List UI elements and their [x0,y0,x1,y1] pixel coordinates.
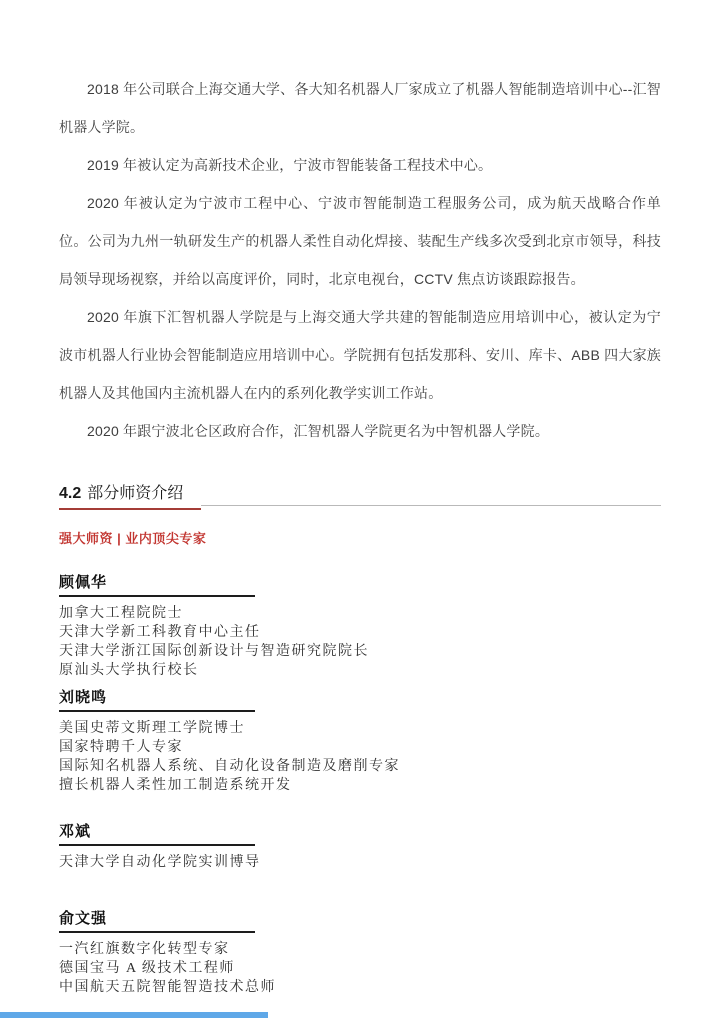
faculty-block: 俞文强 一汽红旗数字化转型专家 德国宝马 A 级技术工程师 中国航天五院智能智造… [59,907,661,997]
section-title: 部分师资介绍 [87,485,183,502]
company-history-section: 2018 年公司联合上海交通大学、各大知名机器人厂家成立了机器人智能制造培训中心… [59,0,661,450]
faculty-name-underline: 俞文强 [59,907,255,933]
faculty-credentials: 天津大学自动化学院实训博导 [59,853,661,872]
document-page: 2018 年公司联合上海交通大学、各大知名机器人厂家成立了机器人智能制造培训中心… [0,0,720,1018]
faculty-name-underline: 刘晓鸣 [59,686,255,712]
faculty-name-underline: 邓斌 [59,820,255,846]
history-paragraph-2020-rename: 2020 年跟宁波北仑区政府合作，汇智机器人学院更名为中智机器人学院。 [59,412,661,450]
credential-item: 中国航天五院智能智造技术总师 [59,978,661,997]
faculty-block: 刘晓鸣 美国史蒂文斯理工学院博士 国家特聘千人专家 国际知名机器人系统、自动化设… [59,686,661,795]
faculty-name: 刘晓鸣 [59,689,107,706]
section-heading-4-2: 4.2部分师资介绍 [59,484,661,510]
faculty-block: 邓斌 天津大学自动化学院实训博导 [59,820,661,872]
heading-rule-line [201,505,661,506]
history-paragraph-2018: 2018 年公司联合上海交通大学、各大知名机器人厂家成立了机器人智能制造培训中心… [59,70,661,146]
history-paragraph-2020-center: 2020 年被认定为宁波市工程中心、宁波市智能制造工程服务公司，成为航天战略合作… [59,184,661,298]
credential-item: 天津大学浙江国际创新设计与智造研究院院长 [59,642,661,661]
faculty-name: 俞文强 [59,910,107,927]
section-heading-text: 4.2部分师资介绍 [59,484,201,510]
credential-item: 加拿大工程院院士 [59,604,661,623]
credential-item: 德国宝马 A 级技术工程师 [59,959,661,978]
credential-item: 原汕头大学执行校长 [59,661,661,680]
faculty-name: 顾佩华 [59,574,107,591]
faculty-name: 邓斌 [59,823,91,840]
credential-item: 天津大学自动化学院实训博导 [59,853,661,872]
faculty-name-underline: 顾佩华 [59,571,255,597]
faculty-credentials: 美国史蒂文斯理工学院博士 国家特聘千人专家 国际知名机器人系统、自动化设备制造及… [59,719,661,795]
credential-item: 一汽红旗数字化转型专家 [59,940,661,959]
faculty-subtitle: 强大师资 | 业内顶尖专家 [59,528,661,547]
credential-item: 美国史蒂文斯理工学院博士 [59,719,661,738]
credential-item: 天津大学新工科教育中心主任 [59,623,661,642]
faculty-block: 顾佩华 加拿大工程院院士 天津大学新工科教育中心主任 天津大学浙江国际创新设计与… [59,571,661,680]
section-number: 4.2 [59,485,81,502]
faculty-credentials: 一汽红旗数字化转型专家 德国宝马 A 级技术工程师 中国航天五院智能智造技术总师 [59,940,661,997]
credential-item: 国家特聘千人专家 [59,738,661,757]
credential-item: 国际知名机器人系统、自动化设备制造及磨削专家 [59,757,661,776]
credential-item: 擅长机器人柔性加工制造系统开发 [59,776,661,795]
history-paragraph-2020-academy: 2020 年旗下汇智机器人学院是与上海交通大学共建的智能制造应用培训中心，被认定… [59,298,661,412]
faculty-credentials: 加拿大工程院院士 天津大学新工科教育中心主任 天津大学浙江国际创新设计与智造研究… [59,604,661,680]
bottom-progress-bar [0,1012,268,1018]
history-paragraph-2019: 2019 年被认定为高新技术企业，宁波市智能装备工程技术中心。 [59,146,661,184]
